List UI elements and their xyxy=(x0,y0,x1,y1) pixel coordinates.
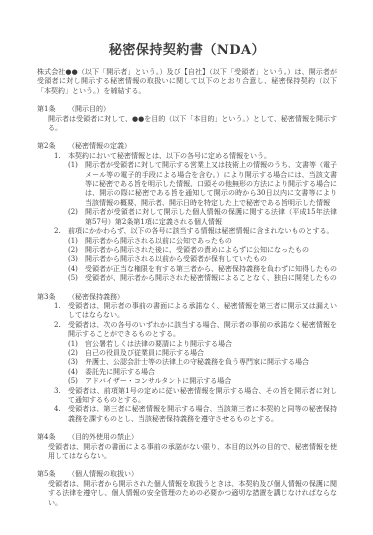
article-heading-row: 第2条 （秘密情報の定義） xyxy=(37,142,337,151)
article-subitem: (4) 委託先に開示する場合 xyxy=(68,368,337,377)
article-body: 受領者は、開示者の書面による事前の承諾がない限り、本目的以外の目的で、秘密情報を… xyxy=(48,443,337,462)
article-heading-row: 第4条 （目的外使用の禁止） xyxy=(37,433,337,442)
article-item: 4. 受領者は、第三者に秘密情報を開示する場合、当該第三者に本契約と同等の秘密保… xyxy=(54,405,337,424)
subitem-number: (2) xyxy=(68,208,85,227)
subitem-number: (1) xyxy=(68,340,85,349)
item-text: 本契約において秘密情報とは、以下の各号に定める情報をいう。 xyxy=(68,152,337,161)
item-number: 2. xyxy=(54,227,68,236)
article: 第3条 （秘密保持義務） 1. 受領者は、開示者の事前の書面による承諾なく、秘密… xyxy=(37,293,337,425)
nda-document-page: 秘密保持契約書（NDA） 株式会社●●（以下「開示者」という。）及び【自社】（以… xyxy=(0,0,373,535)
subitem-text: 開示者から開示される以前から受領者が保有していたもの xyxy=(85,255,337,264)
subitem-text: 受領者が正当な権限を有する第三者から、秘密保持義務を負わずに知得したもの xyxy=(85,265,337,274)
article: 第1条 （開示目的） 開示者は受領者に対して、●●を目的（以下「本目的」という。… xyxy=(37,105,337,133)
article-heading-row: 第3条 （秘密保持義務） xyxy=(37,293,337,302)
article-heading: （個人情報の取扱い） xyxy=(68,470,337,479)
article-subitem: (2) 開示者が受領者に対して開示した個人情報の保護に関する法律（平成15年法律… xyxy=(68,208,337,227)
article-subitem: (2) 開示者から開示された後に、受領者の責めによらずに公知になったもの xyxy=(68,246,337,255)
item-text: 受領者は、次の各号のいずれかに該当する場合、開示者の事前の承諾なく秘密情報を開示… xyxy=(68,321,337,340)
article-heading: （秘密保持義務） xyxy=(68,293,337,302)
subitem-number: (2) xyxy=(68,349,85,358)
article-heading-row: 第1条 （開示目的） xyxy=(37,105,337,114)
item-number: 4. xyxy=(54,405,68,424)
article-subitem: (3) 開示者から開示される以前から受領者が保有していたもの xyxy=(68,255,337,264)
article-heading-row: 第5条 （個人情報の取扱い） xyxy=(37,470,337,479)
article-subitem: (2) 自己の役員及び従業員に開示する場合 xyxy=(68,349,337,358)
article-number: 第1条 xyxy=(37,105,68,114)
article-item: 2. 受領者は、次の各号のいずれかに該当する場合、開示者の事前の承諾なく秘密情報… xyxy=(54,321,337,340)
subitem-text: 開示者が受領者に対して開示する営業上又は技術上の情報のうち、文書等（電子メール等… xyxy=(85,161,337,208)
item-text: 受領者は、前項第1号の定めに従い秘密情報を開示する場合、その旨を開示者に対して通… xyxy=(68,387,337,406)
document-title: 秘密保持契約書（NDA） xyxy=(37,42,337,59)
article-subitem: (5) 受領者が、開示者から開示された秘密情報によることなく、独自に開発したもの xyxy=(68,274,337,283)
article-number: 第5条 xyxy=(37,470,68,479)
article-subitem: (3) 弁護士、公認会計士等の法律上の守秘義務を負う専門家に開示する場合 xyxy=(68,358,337,367)
subitem-number: (5) xyxy=(68,377,85,386)
article-heading: （開示目的） xyxy=(68,105,337,114)
subitem-number: (3) xyxy=(68,255,85,264)
subitem-number: (4) xyxy=(68,368,85,377)
article-heading: （秘密情報の定義） xyxy=(68,142,337,151)
article-item: 1. 受領者は、開示者の事前の書面による承諾なく、秘密情報を第三者に開示又は漏え… xyxy=(54,302,337,321)
article-subitem: (4) 受領者が正当な権限を有する第三者から、秘密保持義務を負わずに知得したもの xyxy=(68,265,337,274)
item-text: 受領者は、開示者の事前の書面による承諾なく、秘密情報を第三者に開示又は漏えいして… xyxy=(68,302,337,321)
item-text: 受領者は、第三者に秘密情報を開示する場合、当該第三者に本契約と同等の秘密保持義務… xyxy=(68,405,337,424)
subitem-text: 官公署若しくは法律の要請により開示する場合 xyxy=(85,340,337,349)
subitem-number: (1) xyxy=(68,237,85,246)
item-number: 1. xyxy=(54,152,68,161)
article-item: 3. 受領者は、前項第1号の定めに従い秘密情報を開示する場合、その旨を開示者に対… xyxy=(54,387,337,406)
preamble-paragraph: 株式会社●●（以下「開示者」という。）及び【自社】（以下「受領者」という。）は、… xyxy=(37,68,337,96)
subitem-number: (2) xyxy=(68,246,85,255)
article-heading: （目的外使用の禁止） xyxy=(68,433,337,442)
item-number: 2. xyxy=(54,321,68,340)
item-text: 前項にかかわらず、以下の各号に該当する情報は秘密情報に含まれないものとする。 xyxy=(68,227,337,236)
article-item: 2. 前項にかかわらず、以下の各号に該当する情報は秘密情報に含まれないものとする… xyxy=(54,227,337,236)
item-number: 1. xyxy=(54,302,68,321)
article-subitem: (1) 官公署若しくは法律の要請により開示する場合 xyxy=(68,340,337,349)
subitem-text: 委託先に開示する場合 xyxy=(85,368,337,377)
article-number: 第4条 xyxy=(37,433,68,442)
articles-container: 第1条 （開示目的） 開示者は受領者に対して、●●を目的（以下「本目的」という。… xyxy=(37,105,337,508)
article: 第4条 （目的外使用の禁止） 受領者は、開示者の書面による事前の承諾がない限り、… xyxy=(37,433,337,461)
article: 第2条 （秘密情報の定義） 1. 本契約において秘密情報とは、以下の各号に定める… xyxy=(37,142,337,283)
subitem-text: 自己の役員及び従業員に開示する場合 xyxy=(85,349,337,358)
subitem-number: (4) xyxy=(68,265,85,274)
article-number: 第2条 xyxy=(37,142,68,151)
article-item: 1. 本契約において秘密情報とは、以下の各号に定める情報をいう。 xyxy=(54,152,337,161)
subitem-text: アドバイザー・コンサルタントに開示する場合 xyxy=(85,377,337,386)
subitem-number: (3) xyxy=(68,358,85,367)
article-number: 第3条 xyxy=(37,293,68,302)
article-subitem: (1) 開示者から開示される以前に公知であったもの xyxy=(68,237,337,246)
subitem-text: 開示者が受領者に対して開示した個人情報の保護に関する法律（平成15年法律第57号… xyxy=(85,208,337,227)
subitem-text: 開示者から開示された後に、受領者の責めによらずに公知になったもの xyxy=(85,246,337,255)
item-number: 3. xyxy=(54,387,68,406)
article-subitem: (5) アドバイザー・コンサルタントに開示する場合 xyxy=(68,377,337,386)
article-subitem: (1) 開示者が受領者に対して開示する営業上又は技術上の情報のうち、文書等（電子… xyxy=(68,161,337,208)
subitem-text: 受領者が、開示者から開示された秘密情報によることなく、独自に開発したもの xyxy=(85,274,337,283)
article-body: 受領者は、開示者から開示された個人情報を取扱うときは、本契約及び個人情報の保護に… xyxy=(48,480,337,508)
subitem-text: 開示者から開示される以前に公知であったもの xyxy=(85,237,337,246)
subitem-number: (5) xyxy=(68,274,85,283)
article-body: 開示者は受領者に対して、●●を目的（以下「本目的」という。）として、秘密情報を開… xyxy=(48,115,337,134)
article: 第5条 （個人情報の取扱い） 受領者は、開示者から開示された個人情報を取扱うとき… xyxy=(37,470,337,508)
subitem-text: 弁護士、公認会計士等の法律上の守秘義務を負う専門家に開示する場合 xyxy=(85,358,337,367)
subitem-number: (1) xyxy=(68,161,85,208)
